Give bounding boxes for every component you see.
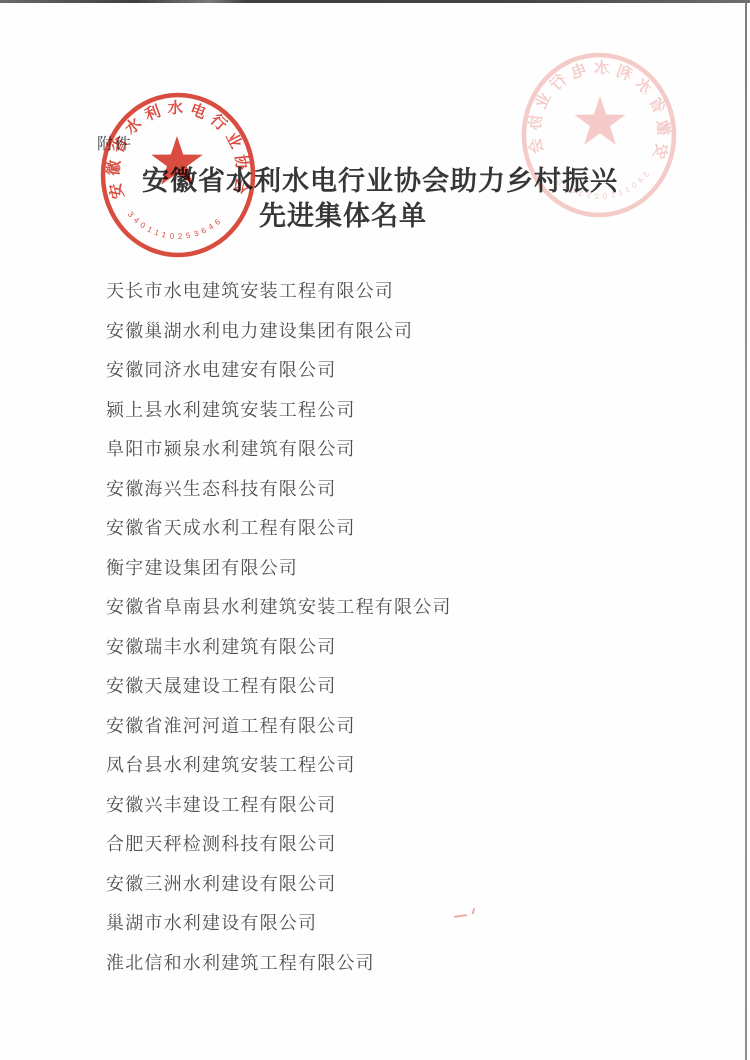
list-item: 天长市水电建筑安装工程有限公司 [106, 272, 452, 312]
list-item: 淮北信和水利建筑工程有限公司 [106, 944, 452, 984]
list-item: 衡宇建设集团有限公司 [106, 549, 452, 589]
list-item: 巢湖市水利建设有限公司 [106, 904, 452, 944]
list-item: 安徽兴丰建设工程有限公司 [106, 786, 452, 826]
list-item: 安徽三洲水利建设有限公司 [106, 865, 452, 905]
list-item: 安徽省淮河河道工程有限公司 [106, 707, 452, 747]
scanned-document-page: 附件 安徽省水利水电行业协会助力乡村振兴 先进集体名单 天长市水电建筑安装工程有… [0, 0, 750, 1060]
ink-speck [454, 914, 467, 918]
seal-organization-text: 安徽省水利水电行业协会 [525, 59, 674, 162]
list-item: 凤台县水利建筑安装工程公司 [106, 746, 452, 786]
title-line-2: 先进集体名单 [48, 199, 638, 234]
company-list: 天长市水电建筑安装工程有限公司安徽巢湖水利电力建设集团有限公司安徽同济水电建安有… [106, 272, 452, 983]
list-item: 安徽瑞丰水利建筑有限公司 [106, 628, 452, 668]
list-item: 合肥天秤检测科技有限公司 [106, 825, 452, 865]
title-line-1: 安徽省水利水电行业协会助力乡村振兴 [85, 164, 675, 199]
document-title: 安徽省水利水电行业协会助力乡村振兴 先进集体名单 [85, 164, 675, 234]
list-item: 安徽省天成水利工程有限公司 [106, 509, 452, 549]
attachment-label: 附件 [97, 131, 133, 154]
scan-edge-top [0, 0, 750, 3]
list-item: 颍上县水利建筑安装工程公司 [106, 391, 452, 431]
list-item: 安徽巢湖水利电力建设集团有限公司 [106, 312, 452, 352]
list-item: 安徽省阜南县水利建筑安装工程有限公司 [106, 588, 452, 628]
scan-edge-right [745, 3, 747, 1060]
list-item: 安徽海兴生态科技有限公司 [106, 470, 452, 510]
list-item: 安徽同济水电建安有限公司 [106, 351, 452, 391]
list-item: 安徽天晟建设工程有限公司 [106, 667, 452, 707]
seal-star-icon [574, 96, 625, 145]
list-item: 阜阳市颍泉水利建筑有限公司 [106, 430, 452, 470]
